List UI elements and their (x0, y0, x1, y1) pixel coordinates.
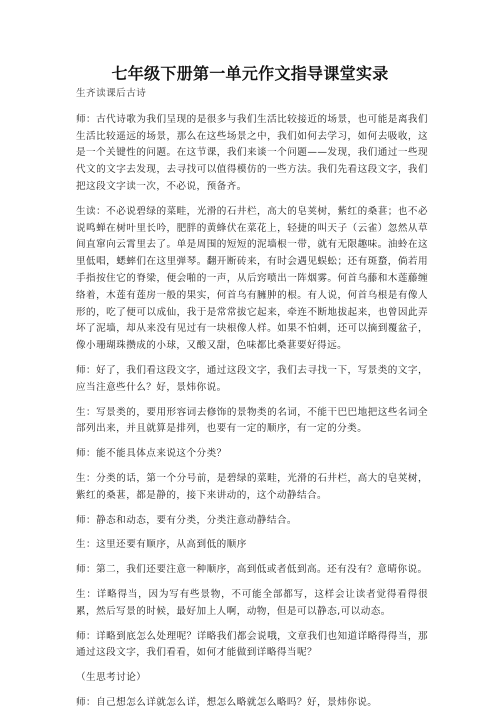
paragraph-student-answer-1: 生：写景类的，要用形容词去修饰的景物类的名词，不能干巴巴地把这些名词全部列出来，… (76, 405, 428, 439)
document-body: 生齐读课后古诗 师：古代诗歌为我们呈现的是很多与我们生活比较接近的场景，也可能是… (76, 86, 428, 707)
document-page: 七年级下册第一单元作文指导课堂实录 生齐读课后古诗 师：古代诗歌为我们呈现的是很… (0, 0, 500, 707)
paragraph-student-answer-2: 生：分类的话，第一个分号前，是碧绿的菜畦，光滑的石井栏，高大的皂荚树，紫红的桑葚… (76, 471, 428, 505)
paragraph-teacher-summary-2: 师：第二，我们还要注意一种顺序，高到低或者低到高。还有没有？意晴你说。 (76, 562, 428, 579)
paragraph-student-answer-4: 生：详略得当，因为写有些景物，不可能全部都写，这样会让读者觉得看得很累，然后写景… (76, 587, 428, 621)
paragraph-teacher-question-3: 师：自己想怎么详就怎么详，想怎么略就怎么略吗？好，景炜你说。 (76, 695, 428, 707)
paragraph-student-reading: 生读：不必说碧绿的菜畦，光滑的石井栏，高大的皂荚树，紫红的桑葚；也不必说鸣蝉在树… (76, 204, 428, 355)
paragraph-teacher-summary-1: 师：静态和动态，要有分类，分类注意动静结合。 (76, 513, 428, 530)
paragraph-teacher-intro: 师：古代诗歌为我们呈现的是很多与我们生活比较接近的场景，也可能是离我们生活比较遥… (76, 112, 428, 196)
paragraph-teacher-question: 师：好了，我们看这段文字，通过这段文字，我们去寻找一下，写景类的文字，应当注意些… (76, 363, 428, 397)
paragraph-student-answer-3: 生：这里还要有顺序，从高到低的顺序 (76, 537, 428, 554)
paragraph-teacher-followup-1: 师：能不能具体点来说这个分类？ (76, 446, 428, 463)
paragraph-stage-direction: （生思考讨论） (76, 670, 428, 687)
document-title: 七年级下册第一单元作文指导课堂实录 (0, 64, 500, 84)
intro-line: 生齐读课后古诗 (76, 86, 428, 103)
paragraph-teacher-question-2: 师：详略到底怎么处理呢？详略我们都会说哦，文章我们也知道详略得得当，那通过这段文… (76, 629, 428, 663)
